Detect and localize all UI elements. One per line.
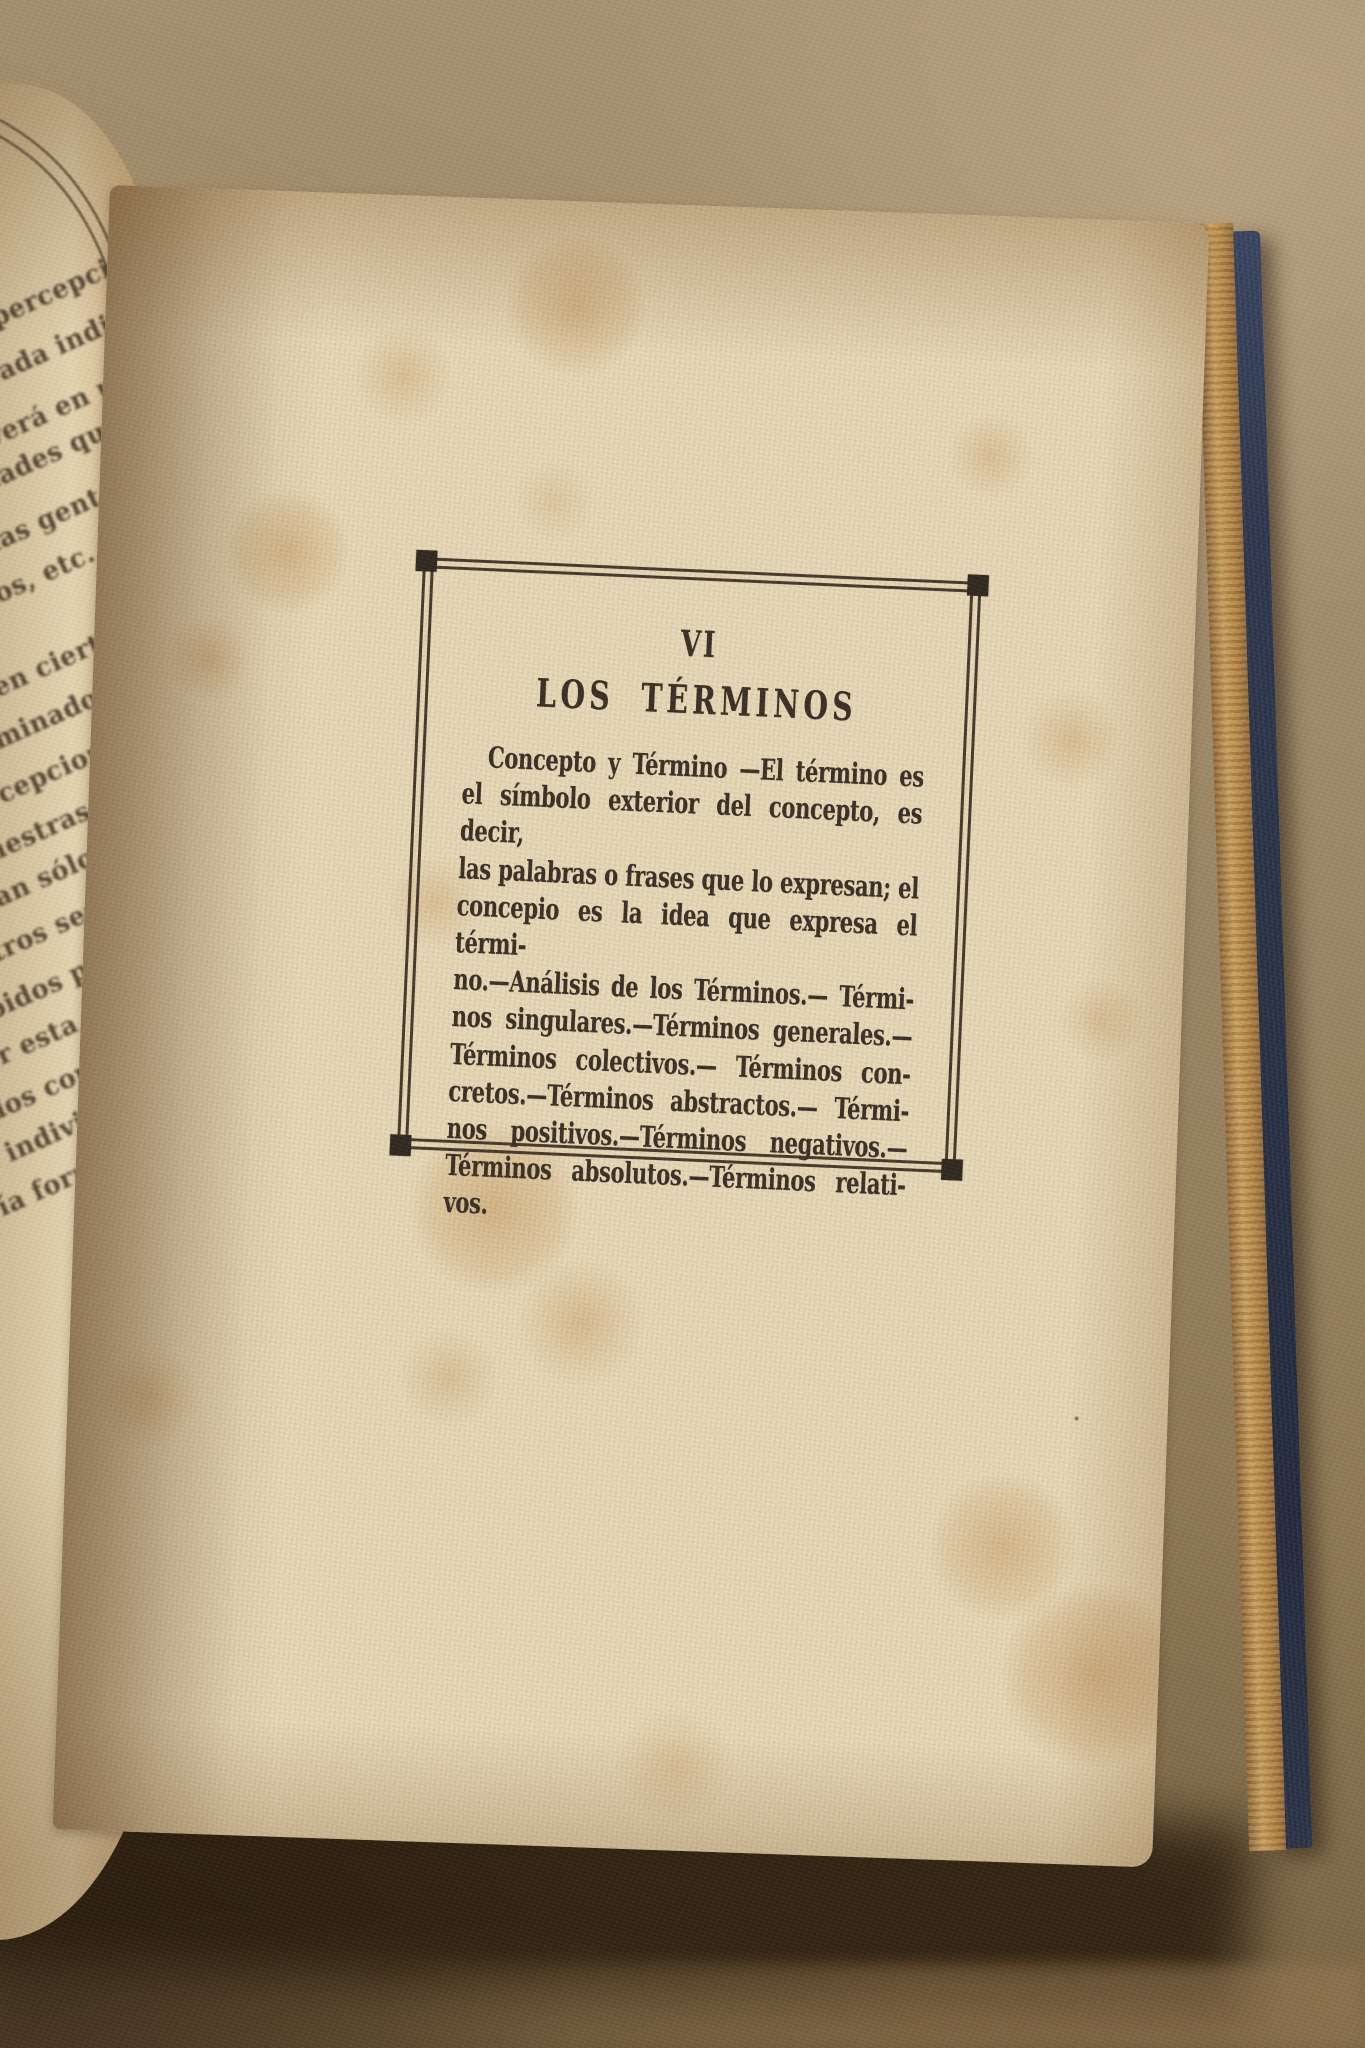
photo-of-open-book: percepción (quecada individuo. Deverá en…	[0, 0, 1365, 2048]
chapter-title: LOS TÉRMINOS	[465, 668, 927, 732]
chapter-summary-frame: VI LOS TÉRMINOS Concepto y Término —El t…	[397, 557, 982, 1173]
frame-corner-square-icon	[416, 550, 438, 572]
frame-corner-square-icon	[967, 574, 989, 596]
table-surface-highlight	[380, 1965, 1365, 2048]
chapter-number: VI	[468, 614, 930, 674]
frame-corner-square-icon	[941, 1159, 963, 1181]
frame-corner-square-icon	[390, 1134, 412, 1156]
chapter-summary-paragraph: Concepto y Término —El término esel símb…	[443, 738, 925, 1242]
frame-content: VI LOS TÉRMINOS Concepto y Término —El t…	[443, 562, 933, 1241]
right-page: VI LOS TÉRMINOS Concepto y Término —El t…	[53, 185, 1210, 1867]
